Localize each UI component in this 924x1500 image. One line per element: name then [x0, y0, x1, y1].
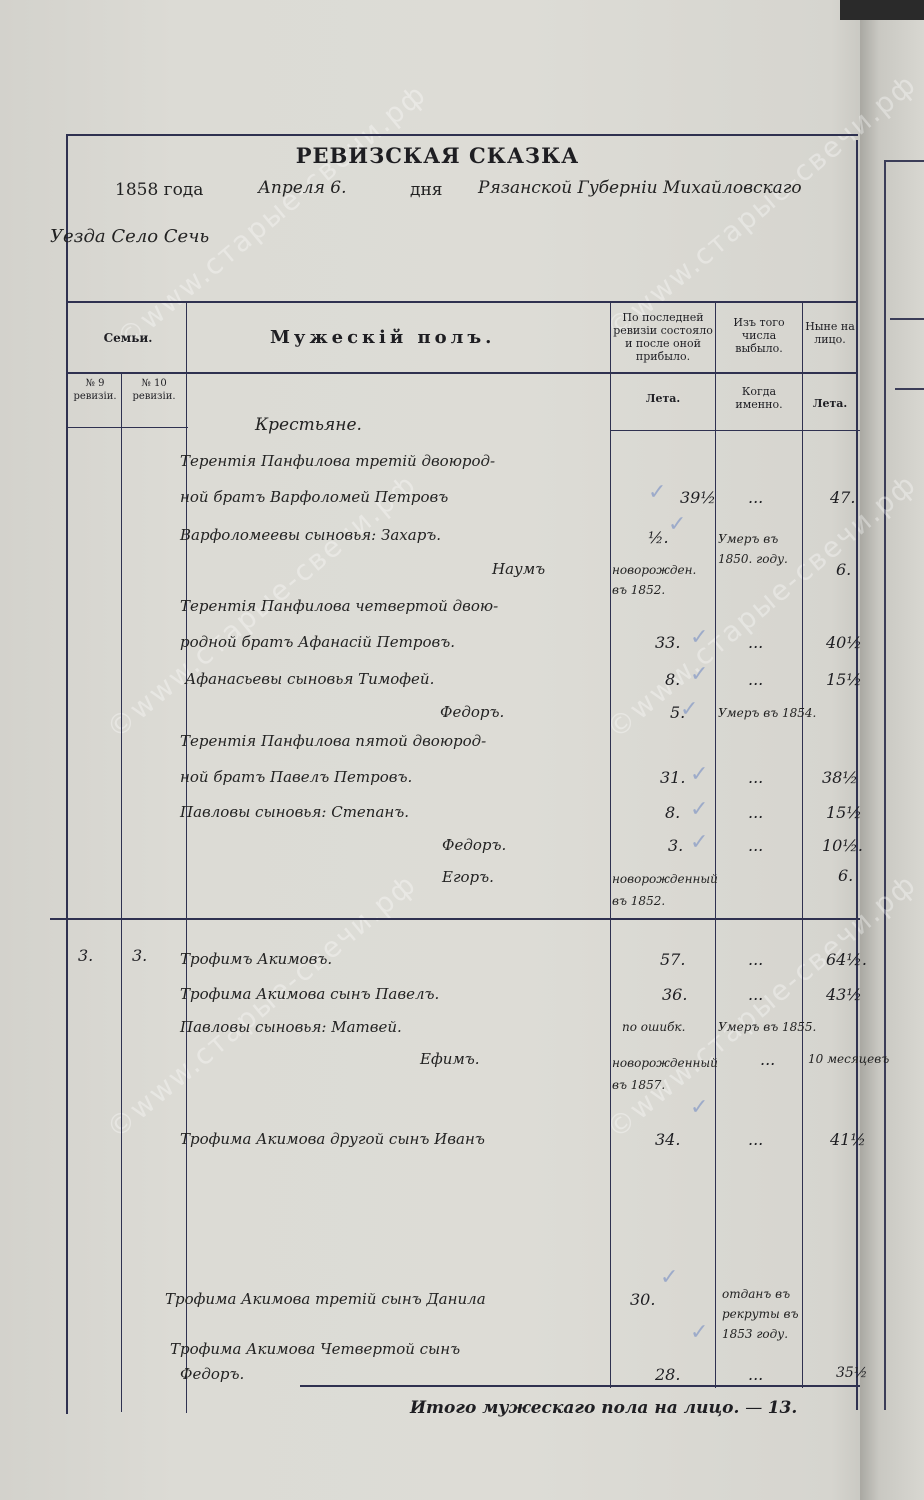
departed: Умеръ въ 1854. [718, 706, 816, 720]
check-mark-icon: ✓ [690, 797, 708, 822]
place-district: Уезда Село Сечь [50, 226, 209, 247]
entry-name: Терентія Панфилова третій двоюрод- [180, 452, 495, 470]
entry-name: Егоръ. [442, 868, 494, 886]
entry-name: Павловы сыновья: Степанъ. [180, 803, 409, 821]
check-mark-icon: ✓ [680, 697, 698, 722]
check-mark-icon: ✓ [660, 1265, 678, 1290]
day-label: дня [410, 180, 443, 200]
departed: ... [748, 633, 763, 652]
last-rev-header: По последней ревизіи состояло и после он… [612, 311, 714, 363]
departed: ... [760, 1050, 775, 1069]
entry-name: Трофима Акимова другой сынъ Иванъ [180, 1130, 485, 1148]
subheader-rule [68, 427, 188, 428]
age-last: новорожден. въ 1852. [612, 560, 714, 600]
check-mark-icon: ✓ [690, 662, 708, 687]
check-mark-icon: ✓ [690, 625, 708, 650]
family-separator [50, 918, 860, 920]
entry-name: Трофима Акимова третій сынъ Данила [165, 1290, 486, 1308]
entry-name: Ефимъ. [420, 1050, 480, 1068]
departed: ... [748, 1130, 763, 1149]
year-label: 1858 года [115, 180, 203, 200]
departed: ... [748, 670, 763, 689]
present-age: 35½ [836, 1365, 867, 1381]
document-title: РЕВИЗСКАЯ СКАЗКА [0, 143, 875, 168]
entry-name: Павловы сыновья: Матвей. [180, 1018, 402, 1036]
rev9-header: № 9 ревизіи. [70, 377, 120, 403]
departed: ... [748, 803, 763, 822]
male-col-header: Мужескій полъ. [270, 327, 495, 348]
departed-sub: Когда именно. [717, 385, 801, 411]
total-label: Итого мужескаго пола на лицо. [410, 1398, 739, 1418]
col-rule [610, 303, 611, 1388]
month-day: Апреля 6. [258, 178, 346, 198]
present-age: 40½ [826, 633, 862, 652]
total-row: Итого мужескаго пола на лицо. — 13. [410, 1398, 797, 1418]
adjacent-rule [890, 318, 924, 320]
entry-name: ной братъ Павелъ Петровъ. [180, 768, 412, 786]
present-age: 15½ [826, 670, 862, 689]
age-last: новорожденный въ 1852. [612, 868, 714, 912]
adjacent-rule [885, 160, 924, 162]
departed: отданъ въ рекруты въ 1853 году. [722, 1284, 802, 1344]
check-mark-icon: ✓ [690, 762, 708, 787]
age-last: 8. [665, 803, 680, 822]
departed: ... [748, 950, 763, 969]
present-age: 64½. [826, 950, 867, 969]
age-last: 57. [660, 950, 685, 969]
place-province: Рязанской Губерніи Михайловскаго [478, 178, 802, 198]
present-age: 10½. [822, 836, 863, 855]
age-last: 36. [662, 985, 687, 1004]
entry-name: Варфоломеевы сыновья: Захаръ. [180, 526, 441, 544]
age-last: 31. [660, 768, 685, 787]
age-last: ½. [648, 528, 669, 547]
age-last: 34. [655, 1130, 680, 1149]
entry-name: Трофима Акимова Четвертой сынъ [170, 1340, 460, 1358]
rev9-number: 3. [78, 946, 93, 965]
col-rule [121, 372, 122, 1412]
age-last: 28. [655, 1365, 680, 1384]
col-rule [715, 303, 716, 1388]
left-rule [66, 134, 68, 1414]
entry-name: ной братъ Варфоломей Петровъ [180, 488, 448, 506]
departed: Умеръ въ 1855. [718, 1020, 816, 1034]
present-age: 6. [836, 560, 851, 579]
present-age: 43½ [826, 985, 862, 1004]
entry-name: родной братъ Афанасій Петровъ. [180, 633, 455, 651]
entry-name: Федоръ. [440, 703, 504, 721]
entry-name: Афанасьевы сыновья Тимофей. [185, 670, 434, 688]
entry-name: Федоръ. [180, 1365, 244, 1383]
entry-name: Терентія Панфилова пятой двоюрод- [180, 732, 486, 750]
present-age: 41½ [830, 1130, 866, 1149]
age-last: 33. [655, 633, 680, 652]
check-mark-icon: ✓ [690, 1320, 708, 1345]
total-rule [300, 1385, 860, 1387]
family-col-header: Семьи. [70, 332, 186, 345]
entry-name: Трофима Акимова сынъ Павелъ. [180, 985, 439, 1003]
present-sub: Лета. [804, 397, 856, 410]
age-last: 39½ [680, 488, 716, 507]
page-shadow [840, 0, 924, 20]
rev10-number: 3. [132, 946, 147, 965]
age-last: 3. [668, 836, 683, 855]
departed: Умеръ въ 1850. году. [718, 529, 800, 569]
present-age: 47. [830, 488, 855, 507]
check-mark-icon: ✓ [690, 1095, 708, 1120]
subheader-rule [610, 430, 860, 431]
age-last: 8. [665, 670, 680, 689]
check-mark-icon: ✓ [668, 512, 686, 537]
departed: ... [748, 836, 763, 855]
present-age: 15½ [826, 803, 862, 822]
top-rule [68, 134, 858, 136]
departed-header: Изъ того числа выбыло. [717, 316, 801, 355]
total-value: 13. [768, 1398, 798, 1418]
age-last: по ошибк. [622, 1020, 685, 1034]
entry-name: Федоръ. [442, 836, 506, 854]
last-rev-sub: Лета. [612, 392, 714, 405]
present-header: Ныне на лицо. [804, 320, 856, 346]
entry-name: Терентія Панфилова четвертой двою- [180, 597, 498, 615]
departed: ... [748, 488, 763, 507]
check-mark-icon: ✓ [690, 830, 708, 855]
col-rule [802, 303, 803, 1388]
departed: ... [748, 1365, 763, 1384]
age-last: 30. [630, 1290, 655, 1309]
check-mark-icon: ✓ [648, 480, 666, 505]
entry-name: Трофимъ Акимовъ. [180, 950, 332, 968]
adjacent-page [860, 0, 924, 1500]
present-age: 6. [838, 866, 853, 885]
departed: ... [748, 768, 763, 787]
adjacent-rule [895, 388, 924, 390]
departed: ... [748, 985, 763, 1004]
adjacent-rule [884, 160, 886, 1410]
present-age: 10 месяцевъ [808, 1052, 889, 1066]
entry-name: Наумъ [492, 560, 545, 578]
rev10-header: № 10 ревизіи. [122, 377, 186, 403]
present-age: 38½ [822, 768, 858, 787]
age-last: новорожденный въ 1857. [612, 1052, 712, 1096]
category-label: Крестьяне. [255, 415, 362, 435]
